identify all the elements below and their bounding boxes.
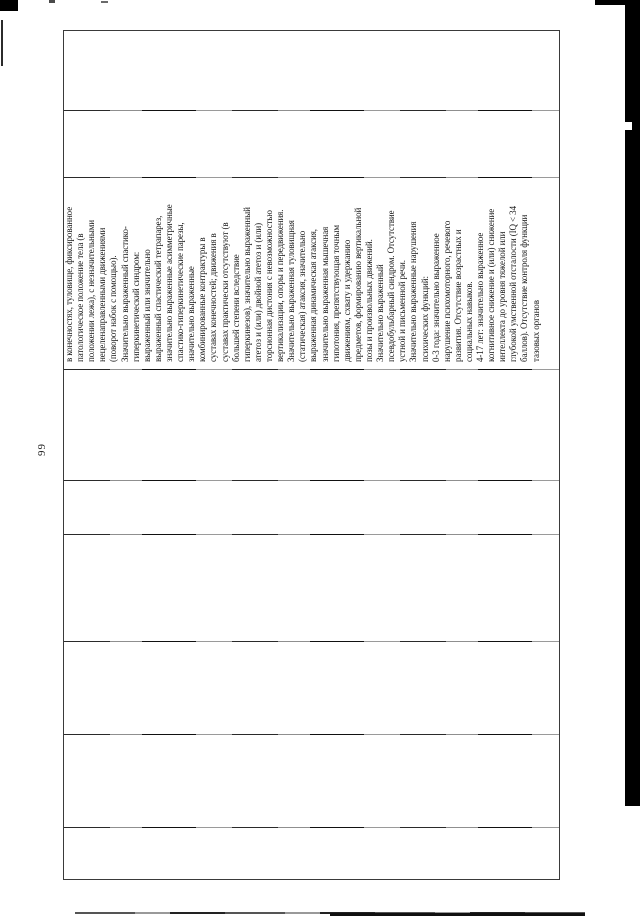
text-line: суставах конечностей; движения в (208, 184, 219, 362)
table-grid-line (64, 110, 559, 111)
text-line: гиперкинезов), значительно выраженный (242, 184, 253, 362)
text-line: устной и письменной речи. (397, 184, 408, 362)
table-grid-line (64, 641, 559, 642)
text-line: баллов). Отсутствие контроля функции (519, 184, 530, 362)
page-number-text: 99 (34, 430, 50, 456)
text-line: в конечностях, туловище, фиксированное (64, 184, 75, 362)
text-line: выраженная динамическая атаксия, (308, 184, 319, 362)
table-grid-line (64, 734, 559, 735)
text-line: Значительно выраженные нарушения (408, 184, 419, 362)
text-line: вертикализации, опоры и передвижения. (275, 184, 286, 362)
criteria-text-cell: в конечностях, туловище, фиксированноепа… (64, 184, 542, 362)
text-line: (поворот набок с помощью). (108, 184, 119, 362)
scan-artifact-right-band (625, 0, 640, 806)
text-line: Значительно выраженный спастико- (120, 184, 131, 362)
text-line: гиперкинетический синдром: (131, 184, 142, 362)
text-line: атетоз и (или) двойной атетоз и (или) (253, 184, 264, 362)
text-line: нецеленаправленными движениями (97, 184, 108, 362)
table (63, 30, 560, 880)
text-line: психических функций: (420, 184, 431, 362)
page-number: 99 (34, 430, 50, 456)
text-line: Значительно выраженный (375, 184, 386, 362)
text-line: Значительно выраженная туловищная (286, 184, 297, 362)
text-line: торсионная дистония с невозможностью (264, 184, 275, 362)
text-line: 0-3 года: значительно выраженное (431, 184, 442, 362)
table-grid-line (64, 534, 559, 535)
text-line: значительно выраженные (186, 184, 197, 362)
text-line: выраженный спастический тетрапарез, (153, 184, 164, 362)
text-line: значительно выраженные асимметричные (164, 184, 175, 362)
text-line: комбинированные контрактуры в (197, 184, 208, 362)
text-line: позы и произвольных движений. (364, 184, 375, 362)
text-line: (статическая) атаксия, значительно (297, 184, 308, 362)
scanned-page: 99 в конечностях, туловище, фиксированно… (0, 0, 640, 917)
table-grid-line (64, 480, 559, 481)
text-line: нарушение психомоторного, речевого (442, 184, 453, 362)
text-line: выраженный или значительно (142, 184, 153, 362)
text-line: предметов, формированию вертикальной (353, 184, 364, 362)
text-line: гипотония, препятствующая точным (331, 184, 342, 362)
text-line: суставах практически отсутствуют (в (220, 184, 231, 362)
text-line: псевдобульбарный синдром. Отсутствие (386, 184, 397, 362)
rotated-text-block: в конечностях, туловище, фиксированноепа… (64, 184, 542, 362)
text-line: положении лежа), с незначительными (86, 184, 97, 362)
table-grid-line (64, 369, 559, 370)
scan-artifact-corner-blob (0, 0, 18, 11)
table-grid-line (64, 827, 559, 828)
scan-artifact-bottom-edge-thick (330, 913, 585, 916)
scan-artifact-band-notch (625, 122, 632, 130)
text-line: глубокой умственной отсталости (IQ < 34 (508, 184, 519, 362)
text-line: интеллекта до уровня тяжелой или (497, 184, 508, 362)
text-line: развития. Отсутствие возрастных и (453, 184, 464, 362)
text-line: когнитивное снижение и (или) снижение (486, 184, 497, 362)
text-line: тазовых органов (531, 184, 542, 362)
text-line: движениям, схвату и удержанию (342, 184, 353, 362)
scan-artifact-speck (49, 0, 55, 3)
scan-artifact-speck (101, 1, 108, 3)
text-line: спастико-гиперкинетические парезы, (175, 184, 186, 362)
text-line: социальных навыков. (464, 184, 475, 362)
table-grid-line (64, 177, 559, 178)
text-line: значительно выраженная мышечная (320, 184, 331, 362)
scan-artifact-left-edge (1, 20, 3, 66)
text-line: патологическое положение тела (в (75, 184, 86, 362)
text-line: 4-17 лет: значительно выраженное (475, 184, 486, 362)
text-line: большей степени вследствие (231, 184, 242, 362)
